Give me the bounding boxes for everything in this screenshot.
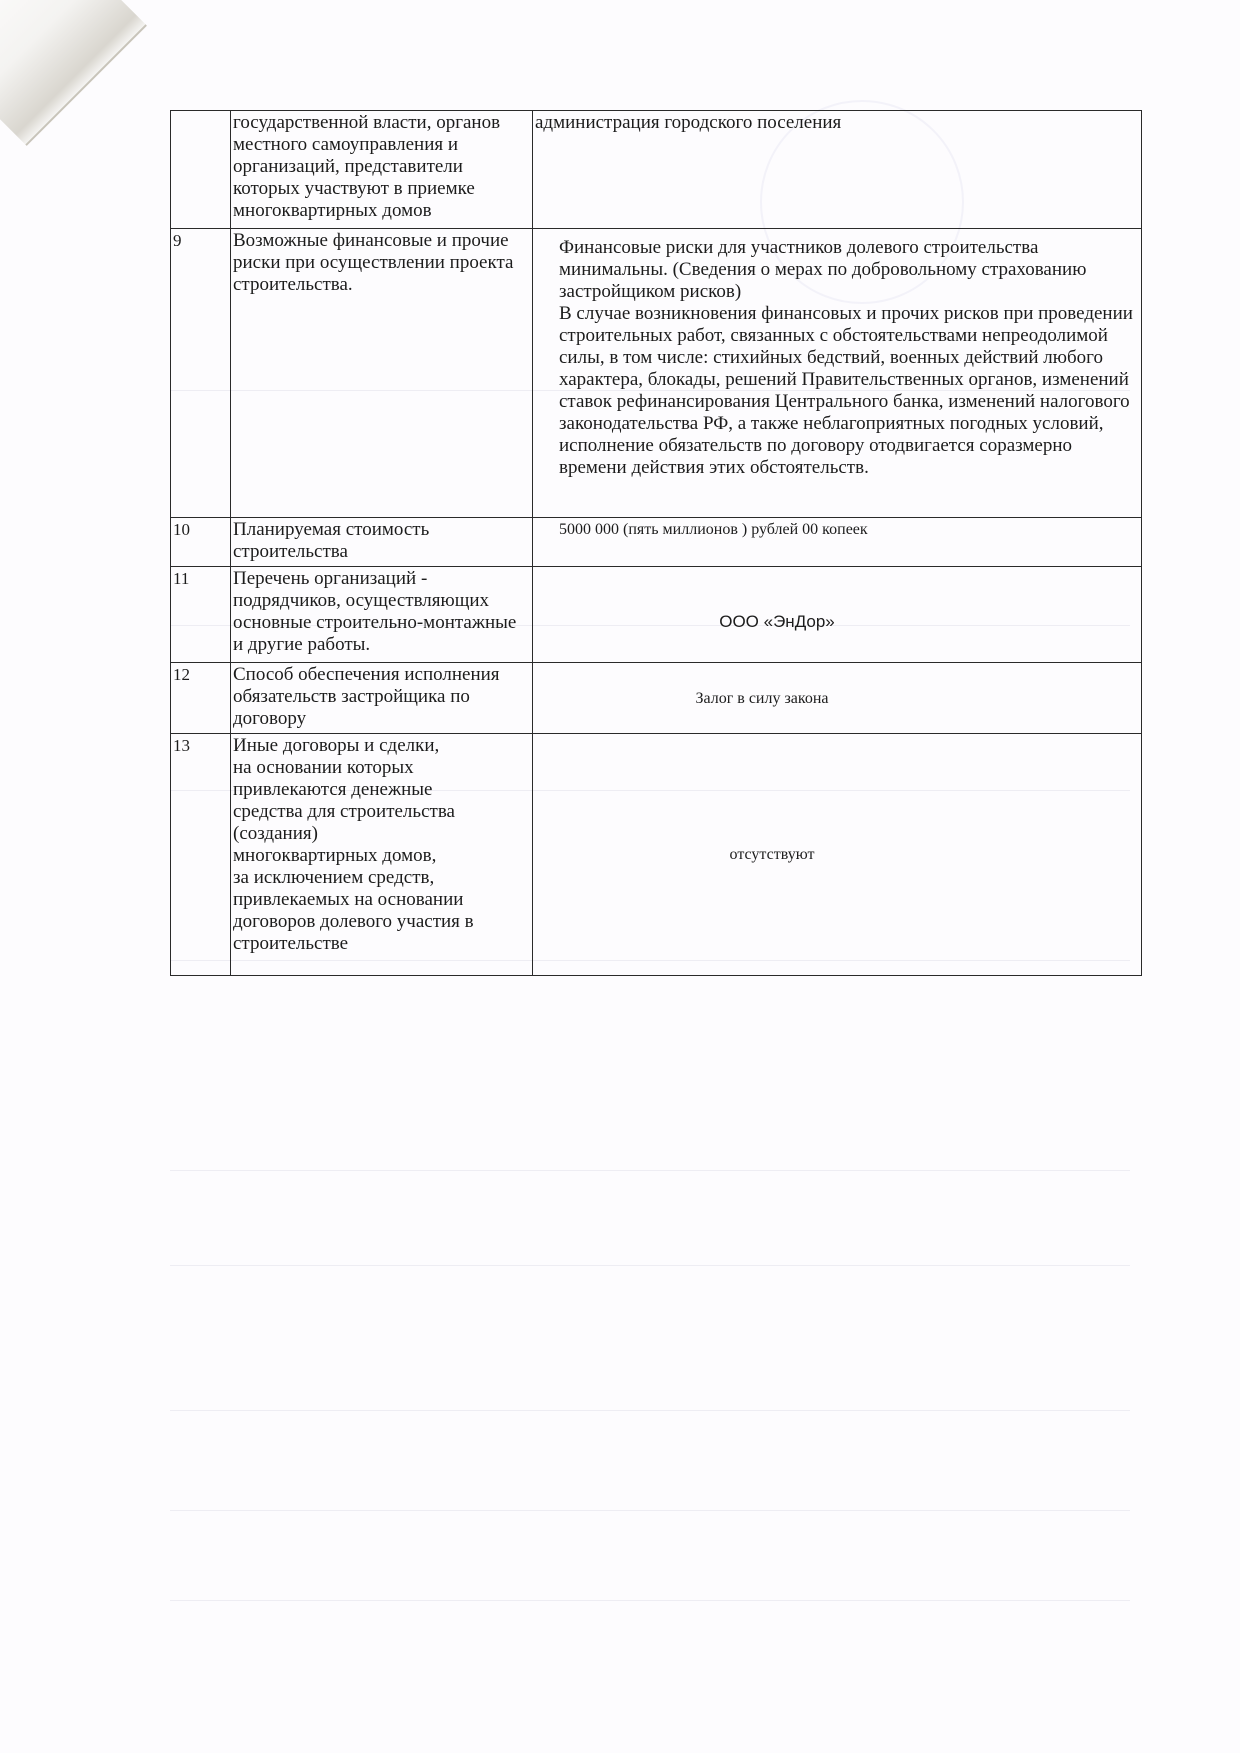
row-number (171, 111, 231, 229)
row-value: 5000 000 (пять миллионов ) рублей 00 коп… (533, 518, 1142, 567)
row-label: Перечень организаций - подрядчиков, осущ… (231, 567, 533, 663)
risk-paragraph: В случае возникновения финансовых и проч… (559, 303, 1139, 479)
row-label: Возможные финансовые и прочие риски при … (231, 229, 533, 518)
row-number: 11 (171, 567, 231, 663)
label-line: Иные договоры и сделки, (233, 735, 530, 757)
label-line: строительстве (233, 933, 530, 955)
row-label: Способ обеспечения исполнения обязательс… (231, 663, 533, 734)
folded-page-corner (0, 0, 147, 146)
row-label: Планируемая стоимость строительства (231, 518, 533, 567)
contractor-name: ООО «ЭнДор» (535, 597, 1139, 633)
row-number: 10 (171, 518, 231, 567)
label-line: привлекаемых на основании (233, 889, 530, 911)
table-row: 11 Перечень организаций - подрядчиков, о… (171, 567, 1142, 663)
label-line: на основании которых (233, 757, 530, 779)
table-row: 13 Иные договоры и сделки, на основании … (171, 734, 1142, 976)
security-method: Залог в силу закона (535, 688, 1139, 710)
table-row: 12 Способ обеспечения исполнения обязате… (171, 663, 1142, 734)
row-label: государственной власти, органов местного… (231, 111, 533, 229)
label-line: многоквартирных домов, (233, 845, 530, 867)
table-row: 9 Возможные финансовые и прочие риски пр… (171, 229, 1142, 518)
row-value: ООО «ЭнДор» (533, 567, 1142, 663)
label-line: привлекаются денежные (233, 779, 530, 801)
other-contracts-value: отсутствуют (535, 844, 1139, 866)
label-line: (создания) (233, 823, 530, 845)
row-value: администрация городского поселения (533, 111, 1142, 229)
row-value: Финансовые риски для участников долевого… (533, 229, 1142, 518)
label-line: средства для строительства (233, 801, 530, 823)
row-label: Иные договоры и сделки, на основании кот… (231, 734, 533, 976)
row-value: Залог в силу закона (533, 663, 1142, 734)
row-value: отсутствуют (533, 734, 1142, 976)
risk-paragraph: Финансовые риски для участников долевого… (559, 237, 1139, 303)
row-number: 13 (171, 734, 231, 976)
label-line: за исключением средств, (233, 867, 530, 889)
table-row: государственной власти, органов местного… (171, 111, 1142, 229)
row-number: 9 (171, 229, 231, 518)
row-number: 12 (171, 663, 231, 734)
label-line: договоров долевого участия в (233, 911, 530, 933)
declaration-table: государственной власти, органов местного… (170, 110, 1142, 976)
table-row: 10 Планируемая стоимость строительства 5… (171, 518, 1142, 567)
